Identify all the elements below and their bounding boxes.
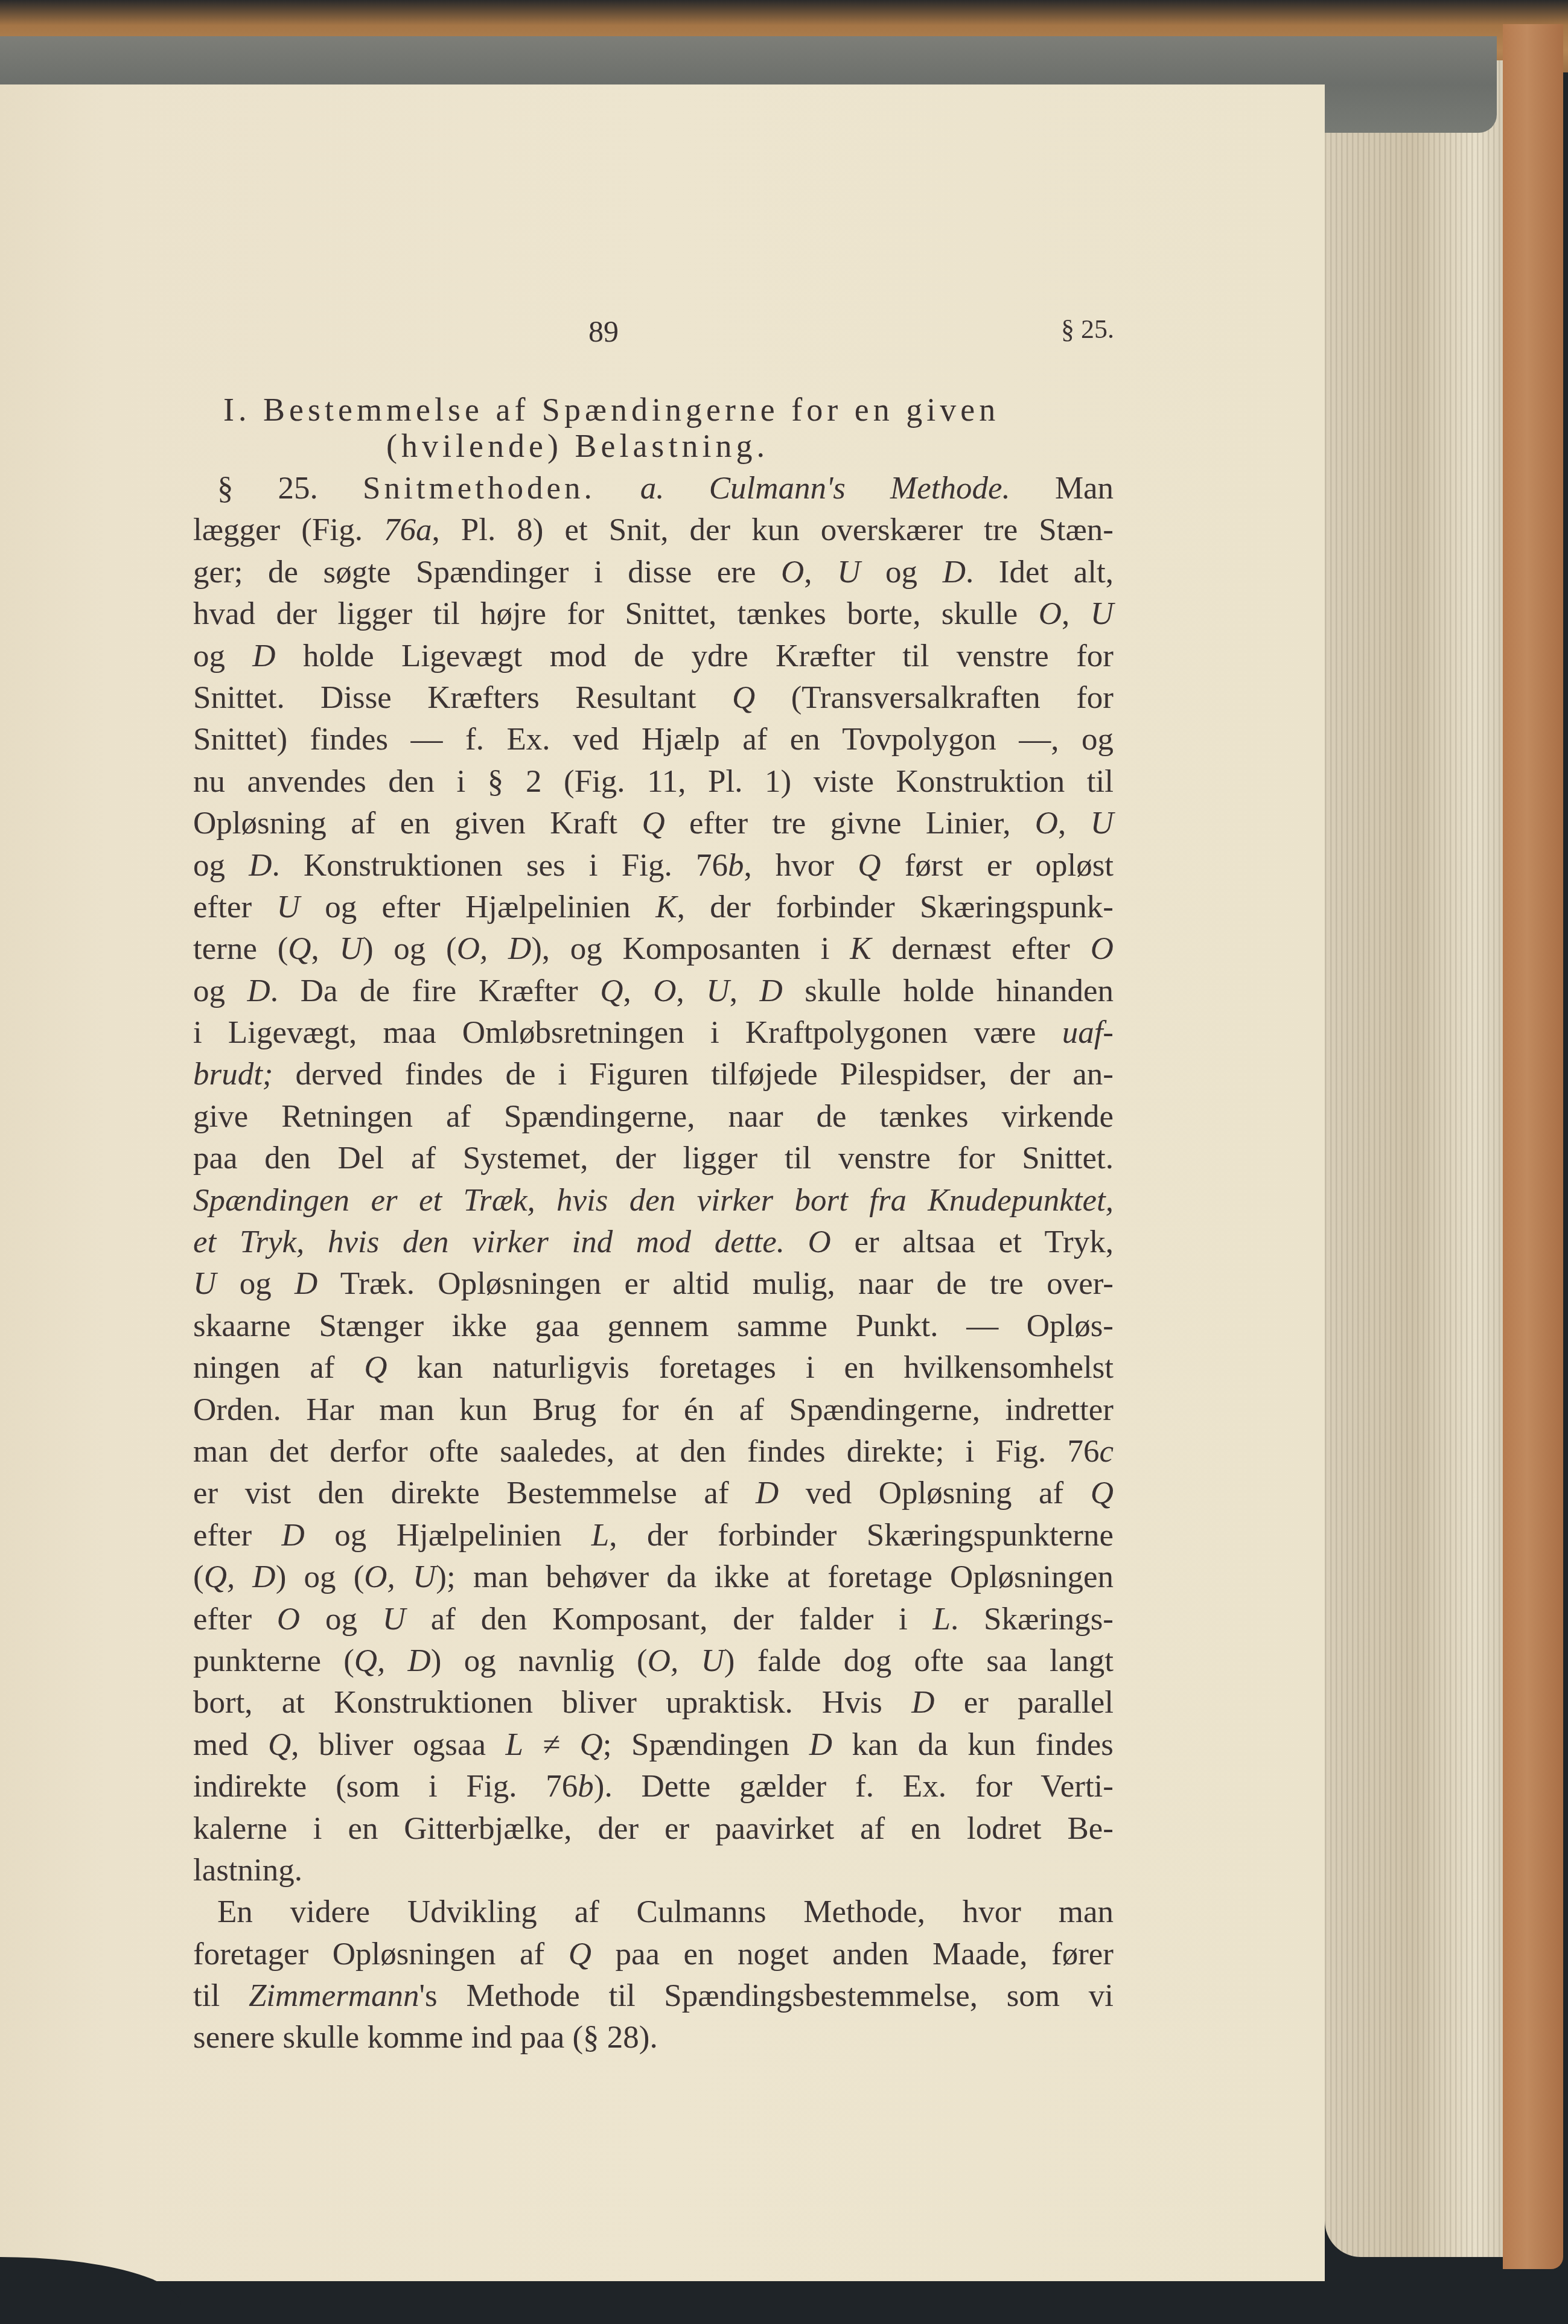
text-line: er vist den direkte Bestemmelse af D ved… — [193, 1472, 1114, 1514]
text-run: , — [804, 555, 837, 590]
text-run: (Transversalkraften for — [755, 680, 1114, 715]
text-line: En videre Udvikling af Culmanns Methode,… — [193, 1891, 1114, 1933]
italic-run: D — [943, 555, 966, 590]
text-run: paa den Del af Systemet, der ligger til … — [193, 1141, 1114, 1176]
text-line: ger; de søgte Spændinger i disse ere O, … — [193, 552, 1114, 593]
italic-run: U — [706, 973, 729, 1008]
italic-run: et Tryk, hvis den virker ind mod dette. — [193, 1224, 785, 1259]
italic-run: U — [837, 555, 860, 590]
italic-run: D — [911, 1685, 934, 1720]
page-number: 89 — [588, 314, 619, 349]
text-line: foretager Opløsningen af Q paa en noget … — [193, 1934, 1114, 1975]
text-run: Træk. Opløsningen er altid mulig, naar d… — [317, 1266, 1114, 1301]
text-line: med Q, bliver ogsaa L ≠ Q; Spændingen D … — [193, 1724, 1114, 1766]
text-run: En videre Udvikling af Culmanns Methode,… — [217, 1894, 1114, 1929]
text-run: derved findes de i Figuren tilføjede Pil… — [273, 1057, 1114, 1092]
text-run: senere skulle komme ind paa (§ 28). — [193, 2020, 658, 2055]
text-run: ved Opløsning af — [779, 1476, 1090, 1511]
text-run: . Skærings- — [951, 1602, 1114, 1637]
text-run: ) og ( — [363, 931, 457, 966]
text-run: og Hjælpelinien — [305, 1518, 591, 1553]
text-line: give Retningen af Spændingerne, naar de … — [193, 1096, 1114, 1138]
italic-run: O — [808, 1224, 831, 1259]
italic-run: Q — [288, 931, 311, 966]
text-run: , Pl. 8) et Snit, der kun overskærer tre… — [432, 512, 1114, 547]
italic-run: O — [653, 973, 676, 1008]
text-run: efter — [193, 1602, 277, 1637]
italic-run: U — [276, 890, 299, 925]
text-run: og — [216, 1266, 295, 1301]
text-run: og efter Hjælpelinien — [300, 890, 656, 925]
text-run: og — [193, 848, 249, 883]
italic-run: O — [781, 555, 804, 590]
text-line: kalerne i en Gitterbjælke, der er paavir… — [193, 1808, 1114, 1850]
italic-run: Q — [858, 848, 881, 883]
text-run: er parallel — [934, 1685, 1114, 1720]
italic-run: Spændingen er et Træk, hvis den virker b… — [193, 1183, 1114, 1218]
text-run: ) og navnlig ( — [431, 1643, 648, 1678]
text-line: nu anvendes den i § 2 (Fig. 11, Pl. 1) v… — [193, 761, 1114, 803]
italic-run: Q — [268, 1727, 291, 1762]
italic-run: D — [249, 848, 272, 883]
italic-run: D — [759, 973, 782, 1008]
text-run: § 25. — [217, 471, 363, 506]
text-line: Opløsning af en given Kraft Q efter tre … — [193, 803, 1114, 844]
italic-run: U — [340, 931, 363, 966]
text-run: og — [193, 973, 247, 1008]
text-run: ), og Komposanten i — [531, 931, 850, 966]
text-run: paa en noget anden Maade, fører — [591, 1937, 1114, 1972]
text-run: foretager Opløsningen af — [193, 1937, 569, 1972]
text-run: efter — [193, 1518, 282, 1553]
body-text: § 25. Snitmethoden. a. Culmann's Methode… — [193, 468, 1114, 2059]
text-line: i Ligevægt, maa Omløbsretningen i Kraftp… — [193, 1012, 1114, 1054]
text-line: efter O og U af den Komposant, der falde… — [193, 1599, 1114, 1640]
text-run: ). Dette gælder f. Ex. for Verti- — [594, 1769, 1114, 1804]
text-run: hvad der ligger til højre for Snittet, t… — [193, 596, 1039, 631]
italic-run: O — [1035, 806, 1058, 841]
italic-run: Zimmermann — [249, 1978, 419, 2013]
italic-run: Q — [1091, 1476, 1114, 1511]
text-run: , der forbinder Skæringspunk- — [677, 890, 1114, 925]
text-run: efter tre givne Linier, — [665, 806, 1035, 841]
page-fore-edge — [1325, 60, 1503, 2257]
italic-run: b — [578, 1769, 594, 1804]
italic-run: O — [1039, 596, 1062, 631]
italic-run: 76a — [384, 512, 432, 547]
text-line: (Q, D) og (O, U); man behøver da ikke at… — [193, 1556, 1114, 1598]
text-run: ); man behøver da ikke at foretage Opløs… — [436, 1559, 1114, 1594]
text-run: dernæst efter — [872, 931, 1091, 966]
italic-run: U — [383, 1602, 406, 1637]
text-line: man det derfor ofte saaledes, at den fin… — [193, 1431, 1114, 1472]
text-run: 's Methode til Spændingsbestemmelse, som… — [419, 1978, 1114, 2013]
section-reference: § 25. — [1061, 314, 1114, 345]
text-run: , hvor — [744, 848, 858, 883]
text-run: er altsaa et Tryk, — [831, 1224, 1114, 1259]
text-line: Snittet) findes — f. Ex. ved Hjælp af en… — [193, 719, 1114, 760]
chapter-heading-line-2: (hvilende) Belastning. — [386, 427, 769, 465]
text-run: med — [193, 1727, 268, 1762]
text-run: , — [1058, 806, 1091, 841]
text-run: først er opløst — [881, 848, 1114, 883]
text-line: efter D og Hjælpelinien L, der forbinder… — [193, 1515, 1114, 1556]
chapter-heading-line-1: I. Bestemmelse af Spændingerne for en gi… — [223, 391, 999, 428]
italic-run: O, U — [648, 1643, 724, 1678]
italic-run: uaf- — [1062, 1015, 1114, 1050]
text-run: give Retningen af Spændingerne, naar de … — [193, 1099, 1114, 1134]
italic-run: c — [1099, 1434, 1114, 1469]
text-run: til — [193, 1978, 249, 2013]
text-run: ger; de søgte Spændinger i disse ere — [193, 555, 781, 590]
text-run: bort, at Konstruktionen bliver upraktisk… — [193, 1685, 911, 1720]
text-line: U og D Træk. Opløsningen er altid mulig,… — [193, 1263, 1114, 1305]
italic-run: K — [655, 890, 677, 925]
text-run: Opløsning af en given Kraft — [193, 806, 642, 841]
text-line: lastning. — [193, 1850, 1114, 1891]
text-run: ) falde dog ofte saa langt — [724, 1643, 1114, 1678]
italic-run: L — [933, 1602, 951, 1637]
text-line: skaarne Stænger ikke gaa gennem samme Pu… — [193, 1305, 1114, 1347]
italic-run: O — [1091, 931, 1114, 966]
italic-run: b — [728, 848, 744, 883]
text-run: , bliver ogsaa — [291, 1727, 505, 1762]
text-run: , — [623, 973, 653, 1008]
text-run: og — [193, 638, 252, 673]
italic-run: O — [277, 1602, 300, 1637]
italic-run: U — [193, 1266, 216, 1301]
text-line: § 25. Snitmethoden. a. Culmann's Methode… — [193, 468, 1114, 509]
text-line: indirekte (som i Fig. 76b). Dette gælder… — [193, 1766, 1114, 1807]
text-run: lægger (Fig. — [193, 512, 384, 547]
text-line: hvad der ligger til højre for Snittet, t… — [193, 593, 1114, 635]
italic-run: O, U — [364, 1559, 436, 1594]
text-run: lastning. — [193, 1853, 302, 1888]
italic-run: D — [282, 1518, 305, 1553]
text-run: . Konstruktionen ses i Fig. 76 — [272, 848, 727, 883]
text-run: og — [300, 1602, 383, 1637]
text-line: til Zimmermann's Methode til Spændingsbe… — [193, 1975, 1114, 2017]
text-run: og — [860, 555, 942, 590]
italic-run: D — [247, 973, 270, 1008]
text-run — [785, 1224, 808, 1259]
text-line: senere skulle komme ind paa (§ 28). — [193, 2017, 1114, 2058]
text-run: er vist den direkte Bestemmelse af — [193, 1476, 756, 1511]
italic-run: D — [756, 1476, 779, 1511]
text-run: efter — [193, 890, 276, 925]
text-run: nu anvendes den i § 2 (Fig. 11, Pl. 1) v… — [193, 764, 1114, 799]
text-run: terne ( — [193, 931, 288, 966]
italic-run: Q — [732, 680, 755, 715]
text-line: ningen af Q kan naturligvis foretages i … — [193, 1347, 1114, 1389]
text-line: Orden. Har man kun Brug for én af Spændi… — [193, 1389, 1114, 1431]
text-run: . Da de fire Kræfter — [270, 973, 600, 1008]
italic-run: Q, D — [354, 1643, 431, 1678]
text-run: punkterne ( — [193, 1643, 354, 1678]
text-run: i Ligevægt, maa Omløbsretningen i Kraftp… — [193, 1015, 1062, 1050]
book-cover-spine-edge — [1503, 24, 1563, 2269]
italic-run: Q — [364, 1350, 387, 1385]
italic-run: O, D — [457, 931, 532, 966]
italic-run: D — [295, 1266, 317, 1301]
italic-run: Q — [569, 1937, 591, 1972]
text-line: brudt; derved findes de i Figuren tilføj… — [193, 1054, 1114, 1095]
text-line: efter U og efter Hjælpelinien K, der for… — [193, 887, 1114, 928]
text-line: punkterne (Q, D) og navnlig (O, U) falde… — [193, 1640, 1114, 1682]
text-run: Snittet. Disse Kræfters Resultant — [193, 680, 732, 715]
text-run: Snitmethoden. — [363, 471, 596, 506]
text-line: et Tryk, hvis den virker ind mod dette. … — [193, 1221, 1114, 1263]
text-line: terne (Q, U) og (O, D), og Komposanten i… — [193, 928, 1114, 970]
text-run: kalerne i en Gitterbjælke, der er paavir… — [193, 1811, 1114, 1846]
text-run: ) og ( — [276, 1559, 365, 1594]
italic-run: U — [1091, 806, 1114, 841]
text-run: , — [1062, 596, 1091, 631]
text-run: Man — [1010, 471, 1114, 506]
text-line: og D. Konstruktionen ses i Fig. 76b, hvo… — [193, 845, 1114, 887]
text-run: , der forbinder Skæringspunkterne — [609, 1518, 1114, 1553]
text-run: . Idet alt, — [966, 555, 1114, 590]
text-line: paa den Del af Systemet, der ligger til … — [193, 1138, 1114, 1179]
text-run: , — [311, 931, 340, 966]
text-run: Orden. Har man kun Brug for én af Spændi… — [193, 1392, 1114, 1427]
text-line: lægger (Fig. 76a, Pl. 8) et Snit, der ku… — [193, 509, 1114, 551]
text-run: ; Spændingen — [603, 1727, 809, 1762]
italic-run: a. Culmann's Methode. — [640, 471, 1010, 506]
text-run: skulle holde hinanden — [783, 973, 1114, 1008]
text-run: , — [677, 973, 707, 1008]
italic-run: D — [252, 638, 275, 673]
text-run: indirekte (som i Fig. 76 — [193, 1769, 578, 1804]
text-run: holde Ligevægt mod de ydre Kræfter til v… — [276, 638, 1114, 673]
text-run: ( — [193, 1559, 204, 1594]
text-run: ningen af — [193, 1350, 364, 1385]
italic-run: U — [1091, 596, 1114, 631]
text-line: Snittet. Disse Kræfters Resultant Q (Tra… — [193, 677, 1114, 719]
text-line: Spændingen er et Træk, hvis den virker b… — [193, 1180, 1114, 1221]
text-line: bort, at Konstruktionen bliver upraktisk… — [193, 1682, 1114, 1724]
italic-run: Q — [642, 806, 664, 841]
text-run: kan da kun findes — [832, 1727, 1114, 1762]
text-run: kan naturligvis foretages i en hvilkenso… — [387, 1350, 1114, 1385]
text-line: og D. Da de fire Kræfter Q, O, U, D skul… — [193, 970, 1114, 1012]
text-line: og D holde Ligevægt mod de ydre Kræfter … — [193, 635, 1114, 677]
italic-run: L — [591, 1518, 609, 1553]
text-run — [596, 471, 640, 506]
text-run: Snittet) findes — f. Ex. ved Hjælp af en… — [193, 722, 1114, 757]
text-run: man det derfor ofte saaledes, at den fin… — [193, 1434, 1099, 1469]
italic-run: K — [850, 931, 871, 966]
text-run: , — [730, 973, 760, 1008]
italic-run: Q — [600, 973, 623, 1008]
text-run: skaarne Stænger ikke gaa gennem samme Pu… — [193, 1308, 1114, 1343]
italic-run: brudt; — [193, 1057, 273, 1092]
italic-run: Q, D — [204, 1559, 276, 1594]
italic-run: L ≠ Q — [506, 1727, 603, 1762]
italic-run: D — [809, 1727, 832, 1762]
text-run: af den Komposant, der falder i — [406, 1602, 933, 1637]
